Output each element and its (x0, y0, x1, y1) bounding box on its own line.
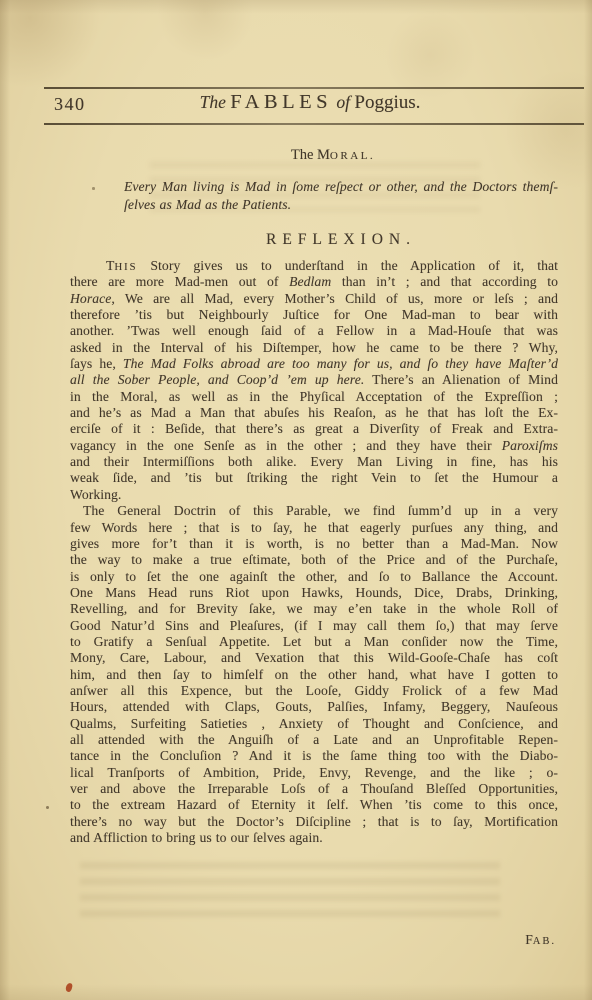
moral-text: Every Man living is Mad in ſome reſpect … (124, 178, 558, 215)
text-segment: One Mans Head runs Riot upon Hawks, Houn… (70, 585, 558, 600)
text-line: ſays he, The Mad Folks abroad are too ma… (70, 356, 558, 372)
text-segment: Mony, Care, Labour, and Vexation that th… (70, 650, 558, 665)
text-segment: FABLES (230, 91, 332, 113)
text-segment: Poggius. (354, 92, 420, 113)
text-line: tance in the Concluſion ? And it is the … (70, 748, 558, 764)
text-line: erciſe of it : Beſide, that there’s as g… (70, 421, 558, 437)
text-segment: to Gratify a Senſual Appetite. Let but a… (70, 634, 558, 649)
text-line: vagancy in the one Senſe as in the other… (70, 438, 558, 454)
text-line: the way to make a true eſtimate, both of… (70, 552, 558, 568)
text-line: Mony, Care, Labour, and Vexation that th… (70, 650, 558, 666)
text-line: another. ’Twas well enough ſaid of a Fel… (70, 323, 558, 339)
ink-speck (92, 187, 95, 190)
text-line: Every Man living is Mad in ſome reſpect … (124, 178, 558, 196)
text-segment: Qualms, Surfeiting Satieties , Anxiety o… (70, 716, 558, 731)
text-segment: There’s an Alienation of Mind (364, 372, 558, 387)
text-line: weak ſide, and ’tis but ſtriking the rig… (70, 470, 558, 486)
text-line: Revelling, and for Brevity ſake, we may … (70, 601, 558, 617)
text-line: ver and above the Irreparable Loſs of a … (70, 781, 558, 797)
book-page: 340 The FABLES of Poggius. The MORAL. Ev… (0, 0, 592, 1000)
text-segment: Hours, attended with Claps, Gouts, Palſi… (70, 699, 558, 714)
text-line: in the Moral, as well as in the Phyſical… (70, 389, 558, 405)
text-line: Hours, attended with Claps, Gouts, Palſi… (70, 699, 558, 715)
text-segment: Story gives us to underſtand in the Appl… (137, 258, 558, 273)
text-line: therefore ’tis but Neighbourly Juſtice f… (70, 307, 558, 323)
text-line: few Words here ; that is to ſay, he that… (70, 520, 558, 536)
text-segment: gives more for’t than it is worth, is no… (70, 536, 558, 551)
text-line: there’s no way but the Doctor’s Diſcipli… (70, 814, 558, 830)
text-line: to Gratify a Senſual Appetite. Let but a… (70, 634, 558, 650)
text-segment: is only to ſet the one againſt the other… (70, 569, 558, 584)
text-segment: there are more Mad-men out of (70, 274, 289, 289)
text-segment: HIS (114, 261, 137, 273)
text-segment: AB. (533, 936, 556, 947)
text-segment: to the extream Hazard of Eternity it ſel… (70, 797, 558, 812)
text-segment: lical Tranſports of Ambition, Pride, Env… (70, 765, 558, 780)
text-segment: Every Man living is Mad in ſome reſpect … (124, 179, 558, 194)
text-segment: and Affliction to bring us to our ſelves… (70, 830, 323, 845)
header-rule-top (44, 87, 584, 89)
red-ink-speck (65, 982, 73, 992)
text-segment: asked in the Interval of his Diſtemper, … (70, 340, 558, 355)
text-segment: therefore ’tis but Neighbourly Juſtice f… (70, 307, 558, 322)
text-line: ſelves as Mad as the Patients. (124, 196, 558, 214)
text-segment: few Words here ; that is to ſay, he that… (70, 520, 558, 535)
text-line: Qualms, Surfeiting Satieties , Anxiety o… (70, 716, 558, 732)
text-segment: The (200, 92, 231, 112)
text-segment: Horace (70, 291, 111, 306)
text-segment: in the Moral, as well as in the Phyſical… (70, 389, 558, 404)
text-line: Working. (70, 487, 558, 503)
ink-speck (46, 806, 49, 809)
text-line: there are more Mad-men out of Bedlam tha… (70, 274, 558, 290)
reflexion-heading: REFLEXION. (70, 231, 558, 249)
text-segment: Revelling, and for Brevity ſake, we may … (70, 601, 558, 616)
text-segment: ver and above the Irreparable Loſs of a … (70, 781, 558, 796)
text-line: all the Sober People, and Coop’d ’em up … (70, 372, 558, 388)
text-segment: Working. (70, 487, 121, 502)
moral-heading: The MORAL. (70, 147, 558, 164)
text-line: Good Natur’d Sins and Pleaſures, (if I m… (70, 618, 558, 634)
text-line: is only to ſet the one againſt the other… (70, 569, 558, 585)
text-segment: Good Natur’d Sins and Pleaſures, (if I m… (70, 618, 558, 633)
text-segment: F (525, 932, 533, 947)
header-rule-bottom (44, 123, 584, 125)
text-segment: , We are all Mad, every Mother’s Child o… (111, 291, 558, 306)
paragraph: The General Doctrin of this Parable, we … (70, 503, 558, 846)
text-segment: and their Intermiſſions both alike. Ever… (70, 454, 558, 469)
text-line: anſwer all this Expence, but the Looſe, … (70, 683, 558, 699)
text-line: One Mans Head runs Riot upon Hawks, Houn… (70, 585, 558, 601)
body-text: THIS Story gives us to underſtand in the… (70, 258, 558, 846)
text-segment: and he’s as Mad a Man that abuſes his Re… (70, 405, 558, 420)
text-segment: all attended with the Anguiſh of a Late … (70, 732, 558, 747)
text-line: asked in the Interval of his Diſtemper, … (70, 340, 558, 356)
bleed-through-ghost-text (80, 862, 500, 924)
text-segment: ſelves as Mad as the Patients. (124, 197, 291, 212)
text-line: Horace, We are all Mad, every Mother’s C… (70, 291, 558, 307)
text-segment: vagancy in the one Senſe as in the other… (70, 438, 502, 453)
text-line: all attended with the Anguiſh of a Late … (70, 732, 558, 748)
text-segment: anſwer all this Expence, but the Looſe, … (70, 683, 558, 698)
text-segment: another. ’Twas well enough ſaid of a Fel… (70, 323, 558, 338)
text-line: THIS Story gives us to underſtand in the… (70, 258, 558, 274)
text-segment: of (332, 92, 354, 112)
text-line: lical Tranſports of Ambition, Pride, Env… (70, 765, 558, 781)
text-segment: erciſe of it : Beſide, that there’s as g… (70, 421, 558, 436)
text-segment: tance in the Concluſion ? And it is the … (70, 748, 558, 763)
text-segment: ſays he, (70, 356, 123, 371)
text-line: and he’s as Mad a Man that abuſes his Re… (70, 405, 558, 421)
text-segment: ORAL. (330, 150, 375, 162)
text-line: to the extream Hazard of Eternity it ſel… (70, 797, 558, 813)
text-segment: him, and then ſay to himſelf on the othe… (70, 667, 558, 682)
text-segment: The Mad Folks abroad are too many for us… (123, 356, 558, 371)
paragraph: THIS Story gives us to underſtand in the… (70, 258, 558, 503)
text-line: gives more for’t than it is worth, is no… (70, 536, 558, 552)
text-segment: Paroxiſms (502, 438, 558, 453)
text-segment: The M (291, 147, 330, 163)
text-line: and their Intermiſſions both alike. Ever… (70, 454, 558, 470)
text-segment: Bedlam (289, 274, 331, 289)
text-segment: than in’t ; and that according to (331, 274, 558, 289)
text-segment: The General Doctrin of this Parable, we … (83, 503, 558, 518)
text-segment: the way to make a true eſtimate, both of… (70, 552, 558, 567)
text-line: The General Doctrin of this Parable, we … (70, 503, 558, 519)
text-segment: there’s no way but the Doctor’s Diſcipli… (70, 814, 558, 829)
text-line: and Affliction to bring us to our ſelves… (70, 830, 558, 846)
text-line: him, and then ſay to himſelf on the othe… (70, 667, 558, 683)
catchword: FAB. (70, 932, 556, 948)
running-title: The FABLES of Poggius. (60, 91, 560, 114)
text-segment: all the Sober People, and Coop’d ’em up … (70, 372, 364, 387)
text-segment: weak ſide, and ’tis but ſtriking the rig… (70, 470, 558, 485)
